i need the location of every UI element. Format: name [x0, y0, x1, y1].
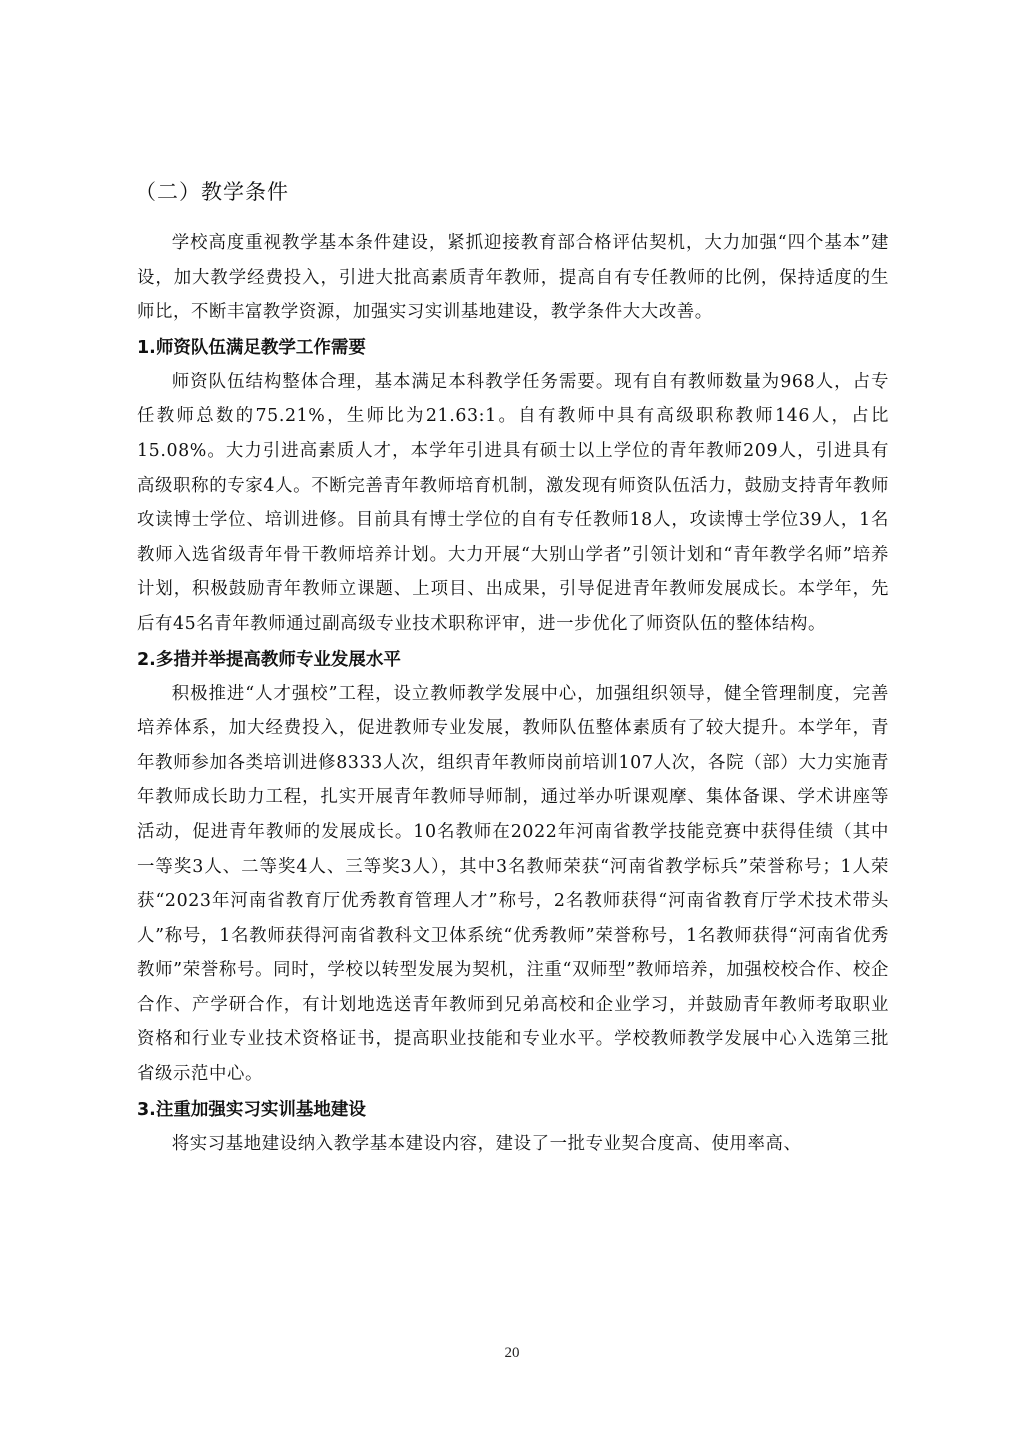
section-title: （二）教学条件 — [135, 172, 889, 212]
subsection-title: 1.师资队伍满足教学工作需要 — [137, 331, 889, 365]
subsection-body: 将实习基地建设纳入教学基本建设内容，建设了一批专业契合度高、使用率高、 — [137, 1127, 889, 1162]
subsection-title: 3.注重加强实习实训基地建设 — [137, 1093, 889, 1127]
subsection-teaching-staff: 1.师资队伍满足教学工作需要 师资队伍结构整体合理，基本满足本科教学任务需要。现… — [137, 331, 889, 642]
subsection-body: 积极推进“人才强校”工程，设立教师教学发展中心，加强组织领导，健全管理制度，完善… — [137, 677, 889, 1092]
subsection-practice-base: 3.注重加强实习实训基地建设 将实习基地建设纳入教学基本建设内容，建设了一批专业… — [137, 1093, 889, 1162]
subsection-teacher-development: 2.多措并举提高教师专业发展水平 积极推进“人才强校”工程，设立教师教学发展中心… — [137, 643, 889, 1092]
subsection-title: 2.多措并举提高教师专业发展水平 — [137, 643, 889, 677]
page-number: 20 — [0, 1345, 1024, 1362]
subsection-body: 师资队伍结构整体合理，基本满足本科教学任务需要。现有自有教师数量为968人，占专… — [137, 365, 889, 642]
document-page: （二）教学条件 学校高度重视教学基本条件建设，紧抓迎接教育部合格评估契机，大力加… — [137, 172, 889, 1161]
intro-paragraph: 学校高度重视教学基本条件建设，紧抓迎接教育部合格评估契机，大力加强“四个基本”建… — [137, 226, 889, 330]
